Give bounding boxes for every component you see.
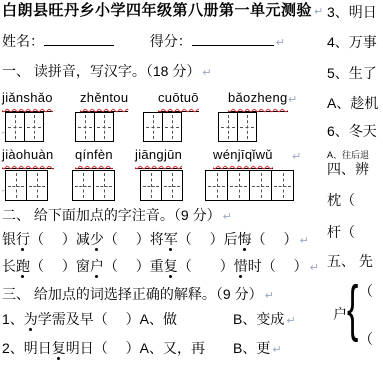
text-segment: 复 xyxy=(52,340,66,356)
pinyin-word: zhěntou xyxy=(80,89,128,112)
section3-heading-text: 三、 给加点的词选择正确的解释。（9 分） xyxy=(2,286,263,302)
section3-item1: 1、为学需及早（ ）A、做 B、变成↵ xyxy=(2,310,296,330)
text-segment: 户 xyxy=(90,258,104,274)
right-col-item: 四、辨 xyxy=(327,160,369,178)
grid-cell[interactable] xyxy=(94,112,114,142)
text-segment: （ ）将 xyxy=(104,231,164,247)
text-segment: 惜 xyxy=(234,258,248,274)
section2-line2: 长跑（ ）窗户（ ）重复（ ）惜时（ ）↵ xyxy=(2,257,319,277)
annotated-text: 2、明日复明日（ ）A、又，再 B、更 xyxy=(2,340,270,356)
paragraph-mark-icon: ↵ xyxy=(314,6,324,18)
pinyin-word: jiǎnshǎo xyxy=(2,89,53,112)
section2-heading: 二、 给下面加点的字注音。（9 分）↵ xyxy=(2,206,232,226)
paragraph-mark-icon: ↵ xyxy=(292,148,301,166)
writing-grid[interactable] xyxy=(6,170,48,201)
text-segment: （ ）减 xyxy=(30,231,90,247)
grid-cell[interactable] xyxy=(24,112,44,142)
writing-grid[interactable] xyxy=(76,112,114,142)
annotated-text: 1、为学需及早（ ）A、做 B、变成 xyxy=(2,311,284,327)
text-segment: （ ） xyxy=(252,231,298,247)
pinyin-word: cuōtuō xyxy=(158,89,199,112)
grid-cell[interactable] xyxy=(5,170,27,201)
grid-cell[interactable] xyxy=(143,112,163,142)
text-segment: 2、明日 xyxy=(2,340,52,356)
paragraph-mark-icon: ↵ xyxy=(202,67,211,79)
test-paper-document: 白朗县旺丹乡小学四年级第八册第一单元测验↵ 姓名： 得分：↵ 一、 读拼音，写汉… xyxy=(0,0,383,371)
text-segment: 跑 xyxy=(16,258,30,274)
paragraph-mark-icon: ↵ xyxy=(223,211,232,223)
grid-cell[interactable] xyxy=(75,112,95,142)
paragraph-mark-icon: ↵ xyxy=(300,235,309,247)
score-blank[interactable] xyxy=(192,31,274,46)
page-title-text: 白朗县旺丹乡小学四年级第八册第一单元测验 xyxy=(2,2,312,19)
brace-group: 户 { （ （ xyxy=(333,278,383,353)
annotated-text: 银行（ ）减少（ ）将军（ ）后悔（ ） xyxy=(2,231,298,247)
right-col-item: 五、 先 xyxy=(327,252,373,270)
paragraph-mark-icon: ↵ xyxy=(265,290,274,302)
pinyin-word: bǎozheng xyxy=(228,89,288,112)
text-segment: 1、 xyxy=(2,311,24,327)
right-col-item: 枕（ xyxy=(327,191,355,209)
name-label: 姓名： xyxy=(2,33,44,49)
paragraph-mark-icon: ↵ xyxy=(288,91,297,109)
curly-brace: { xyxy=(347,278,358,340)
page-title: 白朗县旺丹乡小学四年级第八册第一单元测验↵ xyxy=(2,2,324,21)
text-segment: （ ） xyxy=(178,258,234,274)
annotated-text: 长跑（ ）窗户（ ）重复（ ）惜时（ ） xyxy=(2,258,308,274)
text-segment: 军 xyxy=(164,231,178,247)
brace-paren-bottom: （ xyxy=(359,330,373,348)
grid-cell[interactable] xyxy=(227,170,250,201)
text-segment: 明日（ ）A、又，再 B、更 xyxy=(66,340,271,356)
right-col-item: 3、明日 xyxy=(327,3,377,21)
text-segment: 少 xyxy=(90,231,104,247)
section1-heading: 一、 读拼音，写汉字。（18 分）↵ xyxy=(2,62,212,82)
paragraph-mark-icon: ↵ xyxy=(276,37,285,49)
grid-cell[interactable] xyxy=(93,170,115,201)
right-col-item: 6、冬天 xyxy=(327,122,377,140)
writing-grid[interactable] xyxy=(6,112,44,142)
brace-group-char: 户 xyxy=(333,305,347,323)
text-segment: 为 xyxy=(24,311,38,327)
grid-cell[interactable] xyxy=(26,170,48,201)
grid-cell[interactable] xyxy=(237,112,257,142)
grid-cell[interactable] xyxy=(205,170,228,201)
text-segment: （ ）后 xyxy=(178,231,238,247)
section3-heading: 三、 给加点的词选择正确的解释。（9 分）↵ xyxy=(2,285,274,305)
text-segment: 学需及早（ ）A、做 B、变成 xyxy=(38,311,285,327)
right-col-item: 5、生了 xyxy=(327,64,377,82)
paragraph-mark-icon: ↵ xyxy=(310,262,319,274)
text-segment: 长 xyxy=(2,258,16,274)
text-segment: 时（ ） xyxy=(248,258,308,274)
section2-heading-text: 二、 给下面加点的字注音。（9 分） xyxy=(2,207,221,223)
grid-cell[interactable] xyxy=(5,112,25,142)
text-segment: （ ）重 xyxy=(104,258,164,274)
text-segment: 复 xyxy=(164,258,178,274)
section2-line1: 银行（ ）减少（ ）将军（ ）后悔（ ）↵ xyxy=(2,230,309,250)
writing-grid[interactable] xyxy=(144,112,182,142)
writing-grid[interactable] xyxy=(141,170,183,201)
score-label: 得分： xyxy=(150,33,192,49)
pinyin-word: jiàohuàn xyxy=(2,146,54,169)
grid-cell[interactable] xyxy=(249,170,272,201)
text-segment: （ ）窗 xyxy=(30,258,90,274)
text-segment: 悔 xyxy=(238,231,252,247)
pinyin-word: qínfèn xyxy=(75,146,113,169)
section1-heading-text: 一、 读拼音，写汉字。（18 分） xyxy=(2,63,200,79)
grid-cell[interactable] xyxy=(271,170,294,201)
grid-cell[interactable] xyxy=(72,170,94,201)
writing-grid[interactable] xyxy=(206,170,294,201)
paragraph-mark-icon: ↵ xyxy=(286,315,295,327)
right-col-item: 4、万事 xyxy=(327,33,377,51)
text-segment: 行 xyxy=(16,231,30,247)
section3-item2: 2、明日复明日（ ）A、又，再 B、更↵ xyxy=(2,339,282,359)
brace-paren-top: （ xyxy=(359,282,373,300)
right-col-item: A、趁机 xyxy=(327,94,378,112)
grid-cell[interactable] xyxy=(218,112,238,142)
grid-cell[interactable] xyxy=(140,170,162,201)
pinyin-word: jiāngjūn xyxy=(135,146,182,169)
right-col-item: 杆（ xyxy=(327,223,355,241)
grid-cell[interactable] xyxy=(162,112,182,142)
name-score-line: 姓名： 得分：↵ xyxy=(2,31,285,52)
grid-cell[interactable] xyxy=(161,170,183,201)
writing-grid[interactable] xyxy=(73,170,115,201)
paragraph-mark-icon: ↵ xyxy=(272,344,281,356)
name-blank[interactable] xyxy=(44,31,114,46)
pinyin-word: wénjīqǐwǔ xyxy=(213,146,273,169)
writing-grid[interactable] xyxy=(219,112,257,142)
text-segment: 银 xyxy=(2,231,16,247)
